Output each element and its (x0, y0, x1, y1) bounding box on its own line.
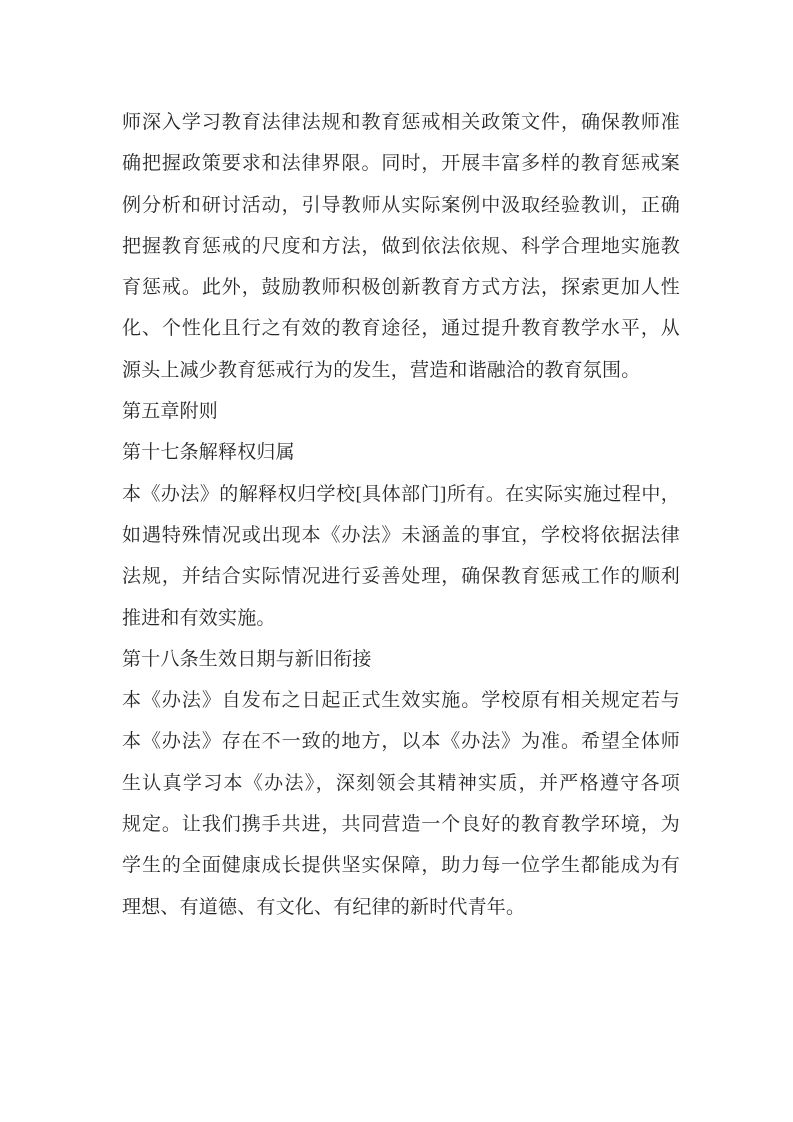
text-line: 本《办法》存在不一致的地方，以本《办法》为准。希望全体师 (122, 721, 680, 762)
text-line: 把握教育惩戒的尺度和方法，做到依法依规、科学合理地实施教 (122, 226, 680, 267)
text-line: 育惩戒。此外，鼓励教师积极创新教育方式方法，探索更加人性 (122, 267, 680, 308)
text-line: 师深入学习教育法律法规和教育惩戒相关政策文件，确保教师准 (122, 102, 680, 143)
text-column: 师深入学习教育法律法规和教育惩戒相关政策文件，确保教师准确把握政策要求和法律界限… (122, 102, 680, 928)
heading-article-18: 第十八条生效日期与新旧衔接 (122, 639, 680, 680)
text-line: 例分析和研讨活动，引导教师从实际案例中汲取经验教训，正确 (122, 185, 680, 226)
heading-article-17: 第十七条解释权归属 (122, 432, 680, 473)
text-line: 学生的全面健康成长提供坚实保障，助力每一位学生都能成为有 (122, 845, 680, 886)
text-line: 推进和有效实施。 (122, 598, 680, 639)
text-line: 规定。让我们携手共进，共同营造一个良好的教育教学环境，为 (122, 804, 680, 845)
text-line: 确把握政策要求和法律界限。同时，开展丰富多样的教育惩戒案 (122, 143, 680, 184)
text-line: 本《办法》的解释权归学校[具体部门]所有。在实际实施过程中， (122, 474, 680, 515)
text-line: 本《办法》自发布之日起正式生效实施。学校原有相关规定若与 (122, 680, 680, 721)
document-page: 师深入学习教育法律法规和教育惩戒相关政策文件，确保教师准确把握政策要求和法律界限… (0, 0, 793, 1122)
text-line: 理想、有道德、有文化、有纪律的新时代青年。 (122, 887, 680, 928)
text-line: 生认真学习本《办法》，深刻领会其精神实质，并严格遵守各项 (122, 763, 680, 804)
text-line: 第十八条生效日期与新旧衔接 (122, 639, 680, 680)
text-line: 第十七条解释权归属 (122, 432, 680, 473)
text-line: 第五章附则 (122, 391, 680, 432)
para-article-17-body: 本《办法》的解释权归学校[具体部门]所有。在实际实施过程中，如遇特殊情况或出现本… (122, 474, 680, 639)
para-article-18-body: 本《办法》自发布之日起正式生效实施。学校原有相关规定若与本《办法》存在不一致的地… (122, 680, 680, 928)
text-line: 化、个性化且行之有效的教育途径，通过提升教育教学水平，从 (122, 308, 680, 349)
text-line: 源头上减少教育惩戒行为的发生，营造和谐融洽的教育氛围。 (122, 350, 680, 391)
text-line: 法规，并结合实际情况进行妥善处理，确保教育惩戒工作的顺利 (122, 556, 680, 597)
heading-chapter-5: 第五章附则 (122, 391, 680, 432)
text-line: 如遇特殊情况或出现本《办法》未涵盖的事宜，学校将依据法律 (122, 515, 680, 556)
para-teacher-training-continued: 师深入学习教育法律法规和教育惩戒相关政策文件，确保教师准确把握政策要求和法律界限… (122, 102, 680, 391)
